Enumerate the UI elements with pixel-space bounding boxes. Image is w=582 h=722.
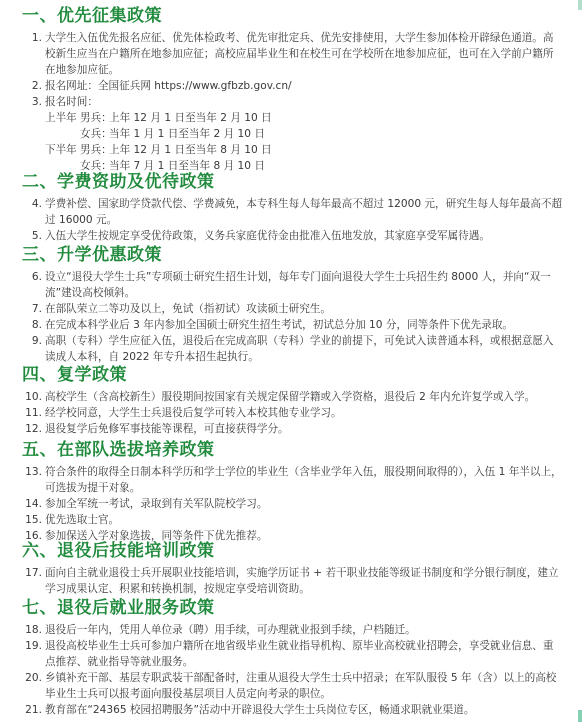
schedule-dates: 当年 1 月 1 日至当年 2 月 10 日	[109, 126, 265, 142]
policy-item: 17. 面向自主就业退役士兵开展职业技能培训，实施学历证书 + 若干职业技能等级…	[0, 565, 582, 597]
policy-item: 13. 符合条件的取得全日制本科学历和学士学位的毕业生（含毕业学年入伍，服役期间…	[0, 464, 582, 496]
item-number: 11.	[0, 405, 42, 421]
item-text: 优先选取士官。	[45, 514, 119, 526]
section-title: 六、退役后技能培训政策	[22, 540, 582, 562]
item-number: 7.	[0, 301, 42, 317]
schedule-row: 下半年 男兵： 上年 12 月 1 日至当年 8 月 10 日	[0, 142, 582, 158]
item-number: 12.	[0, 421, 42, 437]
section-title: 四、复学政策	[22, 364, 582, 386]
policy-item: 2. 报名网址：全国征兵网 https://www.gfbzb.gov.cn/	[0, 78, 582, 94]
schedule-dates: 上年 12 月 1 日至当年 2 月 10 日	[109, 110, 272, 126]
item-text: 经学校同意，大学生士兵退役后复学可转入本校其他专业学习。	[45, 407, 342, 419]
item-number: 20.	[0, 670, 42, 686]
schedule-half: 上半年	[45, 110, 77, 126]
section-title: 一、优先征集政策	[22, 5, 582, 27]
item-text: 学费补偿、国家助学贷款代偿、学费减免，本专科生每人每年最高不超过 12000 元…	[45, 198, 562, 226]
schedule-gender: 男兵：	[80, 142, 112, 158]
item-number: 14.	[0, 496, 42, 512]
item-number: 8.	[0, 317, 42, 333]
policy-item: 4. 学费补偿、国家助学贷款代偿、学费减免，本专科生每人每年最高不超过 1200…	[0, 196, 582, 228]
policy-item: 19. 退役高校毕业生士兵可参加户籍所在地省级毕业生就业指导机构、原毕业高校就业…	[0, 638, 582, 670]
item-number: 10.	[0, 389, 42, 405]
item-number: 15.	[0, 512, 42, 528]
item-number: 6.	[0, 269, 42, 285]
schedule-half: 下半年	[45, 142, 77, 158]
item-text: 退役后一年内，凭用人单位录（聘）用手续，可办理就业报到手续，户档随迁。	[45, 624, 416, 636]
policy-item: 3. 报名时间：	[0, 94, 582, 110]
schedule-row: 女兵： 当年 1 月 1 日至当年 2 月 10 日	[0, 126, 582, 142]
item-text: 高职（专科）学生应征入伍，退役后在完成高职（专科）学业的前提下，可免试入读普通本…	[45, 335, 554, 363]
policy-item: 20. 乡镇补充干部、基层专职武装干部配备时，注重从退役大学生士兵中招录；在军队…	[0, 670, 582, 702]
policy-item: 1. 大学生入伍优先报名应征、优先体检政考、优先审批定兵、优先安排使用，大学生参…	[0, 30, 582, 78]
policy-item: 21. 教育部在“24365 校园招聘服务”活动中开辟退役大学生士兵岗位专区，畅…	[0, 702, 582, 718]
item-text: 退役复学后免修军事技能等课程，可直接获得学分。	[45, 423, 289, 435]
item-text: 教育部在“24365 校园招聘服务”活动中开辟退役大学生士兵岗位专区，畅通求职就…	[45, 704, 474, 716]
section-tuition-aid: 二、学费资助及优待政策 4. 学费补偿、国家助学贷款代偿、学费减免，本专科生每人…	[0, 171, 582, 244]
item-number: 18.	[0, 622, 42, 638]
policy-item: 5. 入伍大学生按规定享受优待政策，义务兵家庭优待金由批准入伍地发放，其家庭享受…	[0, 228, 582, 244]
section-military-selection: 五、在部队选拔培养政策 13. 符合条件的取得全日制本科学历和学士学位的毕业生（…	[0, 439, 582, 544]
policy-item: 6. 设立“退役大学生士兵”专项硕士研究生招生计划，每年专门面向退役大学生士兵招…	[0, 269, 582, 301]
item-number: 2.	[0, 78, 42, 94]
item-text: 乡镇补充干部、基层专职武装干部配备时，注重从退役大学生士兵中招录；在军队服役 5…	[45, 672, 556, 700]
item-text: 退役高校毕业生士兵可参加户籍所在地省级毕业生就业指导机构、原毕业高校就业招聘会，…	[45, 640, 554, 668]
section-priority-recruitment: 一、优先征集政策 1. 大学生入伍优先报名应征、优先体检政考、优先审批定兵、优先…	[0, 5, 582, 174]
policy-item: 14. 参加全军统一考试，录取到有关军队院校学习。	[0, 496, 582, 512]
section-employment-services: 七、退役后就业服务政策 18. 退役后一年内，凭用人单位录（聘）用手续，可办理就…	[0, 597, 582, 718]
section-title: 二、学费资助及优待政策	[22, 171, 582, 193]
policy-item: 18. 退役后一年内，凭用人单位录（聘）用手续，可办理就业报到手续，户档随迁。	[0, 622, 582, 638]
schedule-gender: 女兵：	[80, 126, 112, 142]
item-text: 报名网址：全国征兵网 https://www.gfbzb.gov.cn/	[45, 80, 292, 92]
item-number: 4.	[0, 196, 42, 212]
item-text: 设立“退役大学生士兵”专项硕士研究生招生计划，每年专门面向退役大学生士兵招生约 …	[45, 271, 551, 299]
policy-item: 15. 优先选取士官。	[0, 512, 582, 528]
schedule-dates: 上年 12 月 1 日至当年 8 月 10 日	[109, 142, 272, 158]
item-text: 在完成本科学业后 3 年内参加全国硕士研究生招生考试，初试总分加 10 分，同等…	[45, 319, 513, 331]
section-title: 七、退役后就业服务政策	[22, 597, 582, 619]
item-text: 在部队荣立二等功及以上，免试（指初试）攻读硕士研究生。	[45, 303, 331, 315]
item-text: 高校学生（含高校新生）服役期间按国家有关规定保留学籍或入学资格，退役后 2 年内…	[45, 391, 535, 403]
section-title: 五、在部队选拔培养政策	[22, 439, 582, 461]
item-text: 参加全军统一考试，录取到有关军队院校学习。	[45, 498, 267, 510]
item-number: 3.	[0, 94, 42, 110]
item-number: 9.	[0, 333, 42, 349]
item-number: 1.	[0, 30, 42, 46]
policy-item: 8. 在完成本科学业后 3 年内参加全国硕士研究生招生考试，初试总分加 10 分…	[0, 317, 582, 333]
section-further-study: 三、升学优惠政策 6. 设立“退役大学生士兵”专项硕士研究生招生计划，每年专门面…	[0, 244, 582, 365]
item-number: 5.	[0, 228, 42, 244]
policy-item: 9. 高职（专科）学生应征入伍，退役后在完成高职（专科）学业的前提下，可免试入读…	[0, 333, 582, 365]
item-number: 13.	[0, 464, 42, 480]
item-number: 17.	[0, 565, 42, 581]
corner-decoration	[578, 710, 582, 722]
policy-item: 10. 高校学生（含高校新生）服役期间按国家有关规定保留学籍或入学资格，退役后 …	[0, 389, 582, 405]
item-number: 19.	[0, 638, 42, 654]
item-text: 大学生入伍优先报名应征、优先体检政考、优先审批定兵、优先安排使用，大学生参加体检…	[45, 32, 554, 76]
item-text: 报名时间：	[45, 96, 98, 108]
section-resume-study: 四、复学政策 10. 高校学生（含高校新生）服役期间按国家有关规定保留学籍或入学…	[0, 364, 582, 437]
policy-document: 一、优先征集政策 1. 大学生入伍优先报名应征、优先体检政考、优先审批定兵、优先…	[0, 0, 582, 722]
section-skills-training: 六、退役后技能培训政策 17. 面向自主就业退役士兵开展职业技能培训，实施学历证…	[0, 540, 582, 597]
policy-item: 7. 在部队荣立二等功及以上，免试（指初试）攻读硕士研究生。	[0, 301, 582, 317]
policy-item: 11. 经学校同意，大学生士兵退役后复学可转入本校其他专业学习。	[0, 405, 582, 421]
item-text: 符合条件的取得全日制本科学历和学士学位的毕业生（含毕业学年入伍，服役期间取得的）…	[45, 466, 562, 494]
policy-item: 12. 退役复学后免修军事技能等课程，可直接获得学分。	[0, 421, 582, 437]
section-title: 三、升学优惠政策	[22, 244, 582, 266]
schedule-row: 上半年 男兵： 上年 12 月 1 日至当年 2 月 10 日	[0, 110, 582, 126]
item-text: 面向自主就业退役士兵开展职业技能培训，实施学历证书 + 若干职业技能等级证书制度…	[45, 567, 559, 595]
item-text: 入伍大学生按规定享受优待政策，义务兵家庭优待金由批准入伍地发放，其家庭享受军属待…	[45, 230, 490, 242]
registration-schedule: 上半年 男兵： 上年 12 月 1 日至当年 2 月 10 日 女兵： 当年 1…	[0, 110, 582, 174]
schedule-gender: 男兵：	[80, 110, 112, 126]
item-number: 21.	[0, 702, 42, 718]
